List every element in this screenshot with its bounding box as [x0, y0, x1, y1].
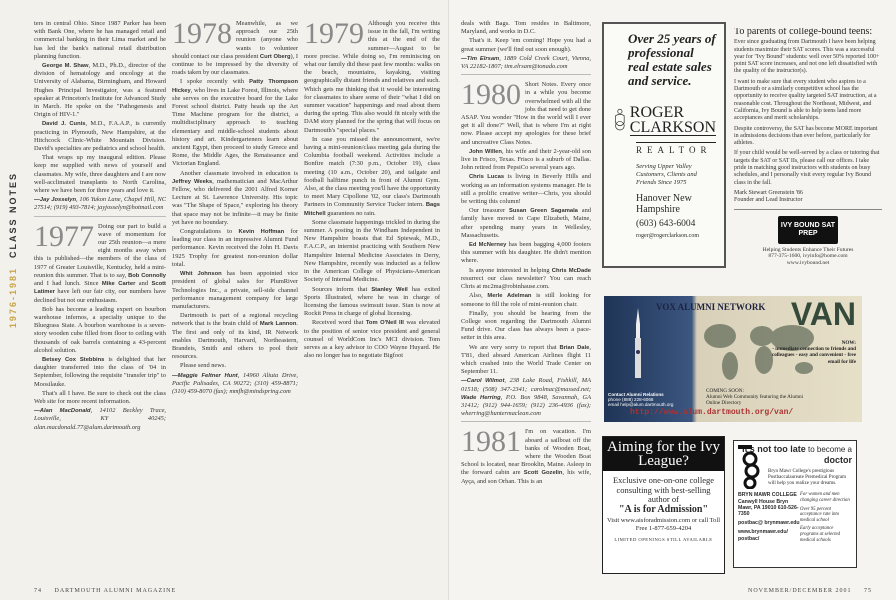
- paragraph: I want to make sure that every student w…: [734, 79, 882, 123]
- now-items: - immediate connection to friends and co…: [766, 346, 856, 365]
- text: We are very sorry to report that: [469, 344, 559, 351]
- ad-contact: 877-375-1600, ivyinfo@home.com: [734, 253, 882, 260]
- bryn-bullets: For women and men changing career direct…: [800, 492, 852, 546]
- paragraph: Whit Johnson has been appointed vice pre…: [172, 270, 298, 311]
- classmate-name: Whit Johnson: [180, 271, 222, 277]
- paragraph: Is anyone interested in helping Chris Mc…: [461, 267, 591, 292]
- classmate-name: Mike Carter: [102, 281, 135, 287]
- classmate-name: Curt Oberg: [260, 54, 291, 60]
- side-tab-years: 1976-1981: [8, 267, 18, 328]
- text: In case you missed the announcement, we'…: [304, 136, 440, 209]
- classmate-name: Brian Dale: [559, 345, 589, 351]
- bryn-address-block: BRYN MAWR COLLEGE Canwyll House Bryn Maw…: [738, 492, 800, 546]
- email: roger@rogerclarkson.com: [636, 233, 716, 239]
- paragraph: Bob has become a leading expert on bourb…: [34, 306, 166, 355]
- text: guarantees no rain.: [326, 210, 376, 217]
- signer-title: Founder and Lead Instructor: [734, 197, 882, 204]
- paragraph: Congratulations to Kevin Hoffman for lea…: [172, 228, 298, 269]
- column-3: 1979Although you receive this issue in t…: [304, 20, 440, 361]
- baker-tower-icon: [630, 308, 646, 378]
- signature: —Jay Josselyn, 106 Yukon Lane, Chapel Hi…: [34, 196, 166, 212]
- paragraph: That's all I have. Be sure to check out …: [34, 390, 166, 406]
- paragraph: deals with Bags. Tom resides in Baltimor…: [461, 20, 591, 36]
- signature: —Alan MacDonald, 14102 Beckley Trace, Lo…: [34, 407, 166, 432]
- signature: —Maggie Feltner Hunt, 14960 Aliuta Drive…: [172, 372, 298, 397]
- publication-name: DARTMOUTH ALUMNI MAGAZINE: [55, 588, 177, 594]
- bullet: For women and men changing career direct…: [800, 492, 852, 503]
- headline-part: to become a: [806, 445, 852, 454]
- caduceus-icon: [738, 445, 766, 489]
- classmate-name: Chris Lucas: [469, 174, 504, 180]
- paragraph: John Willen, his wife and their 2-year-o…: [461, 148, 591, 173]
- class-1979: 1979Although you receive this issue in t…: [304, 20, 440, 360]
- van-logo: VAN: [791, 296, 856, 333]
- left-page: 1976-1981 CLASS NOTES ters in central Oh…: [0, 0, 448, 600]
- classmate-name: Bob Connolly: [128, 273, 166, 279]
- soon-text: Alumni Web Community featuring the Alumn…: [706, 394, 816, 406]
- bryn-address: BRYN MAWR COLLEGE Canwyll House Bryn Maw…: [738, 492, 800, 517]
- paragraph: George M. Shaw, M.D., Ph.D., director of…: [34, 62, 166, 119]
- serving-text: Serving Upper Valley Customers, Clients …: [636, 163, 716, 187]
- secretary-name: —Carol Wilmot: [461, 378, 504, 384]
- paragraph: Received word that Tom O'Neil III was el…: [304, 319, 440, 360]
- headline-part: doctor: [824, 455, 852, 465]
- divider: [461, 421, 591, 422]
- secretary-name: —Maggie Feltner Hunt: [172, 373, 238, 379]
- bullet: Early acceptance programs at selected me…: [800, 526, 852, 543]
- contact-email: email help@alum.dartmouth.org: [608, 402, 673, 407]
- van-contact: Contact Alumni Relationsphone (888) 228-…: [608, 392, 673, 408]
- text: , who lives in Lake Forest, Illinois, wh…: [172, 87, 298, 168]
- section-side-tab: 1976-1981 CLASS NOTES: [6, 40, 20, 460]
- text: Our treasurer: [469, 207, 509, 214]
- classmate-name: Betsey Cox Stebbins: [42, 357, 104, 363]
- signer-name: Mark Stewart Greenstein '86: [734, 190, 882, 197]
- paragraph: David J. Cunis, M.D., F.A.A.P., is curre…: [34, 120, 166, 153]
- paragraph: Dartmouth is part of a regional recyclin…: [172, 312, 298, 361]
- realtor-label: REALTOR: [636, 142, 716, 155]
- text: Another classmate involved in education …: [180, 170, 298, 177]
- bryn-lower: BRYN MAWR COLLEGE Canwyll House Bryn Maw…: [738, 492, 852, 546]
- class-year-heading: 1977: [34, 223, 94, 251]
- signature: —Carol Wilmot, 238 Lake Road, Fishkill, …: [461, 377, 591, 418]
- bullet: Over 95 percent acceptance rate into med…: [800, 507, 852, 524]
- city: Hanover New Hampshire: [636, 193, 716, 215]
- paragraph: Ever since graduating from Dartmouth I h…: [734, 39, 882, 75]
- column-2: 1978Meanwhile, as we approach our 25th r…: [172, 20, 298, 397]
- paragraph: Sources inform that Stanley Weil has exi…: [304, 286, 440, 319]
- clarkson-logo: ROGER CLARKSON: [612, 102, 716, 138]
- phone: (603) 643-6004: [636, 219, 716, 229]
- van-coming-soon: COMING SOON:Alumni Web Community featuri…: [706, 388, 816, 406]
- classmate-name: Scott Gozelin: [524, 470, 563, 476]
- secretary-name: —Tim Elrsam: [461, 56, 499, 62]
- van-now: NOW:- immediate connection to friends an…: [766, 340, 856, 365]
- paragraph: In case you missed the announcement, we'…: [304, 136, 440, 218]
- brand-line-1: ROGER: [630, 105, 716, 120]
- divider: [34, 216, 166, 217]
- book-title: "A is for Admission": [606, 505, 721, 515]
- text: and: [135, 280, 151, 287]
- text: , mathematician and MacArthur Fellow, wh…: [172, 178, 298, 226]
- text: , M.D., Ph.D., director of the division …: [34, 62, 166, 118]
- paragraph: Chris Lucas is living in Beverly Hills a…: [461, 173, 591, 206]
- limited-text: LIMITED OPENINGS STILL AVAILABLE: [606, 535, 721, 545]
- bryn-description: Bryn Mawr College's prestigious Postbacc…: [768, 469, 852, 486]
- ad-website: www.ivybound.net: [734, 260, 882, 267]
- class-1977: 1977Doing our part to build a wave of mo…: [34, 223, 166, 432]
- classmate-name: Merle Adelman: [487, 293, 531, 299]
- page-number: 75: [864, 588, 872, 594]
- issue-date: NOVEMBER/DECEMBER 2001: [748, 588, 852, 594]
- van-title: VOX ALUMNI NETWORK: [656, 302, 765, 312]
- text: Received word that: [312, 319, 366, 326]
- paragraph: Another classmate involved in education …: [172, 170, 298, 227]
- ad-aiming-ivy-league: Aiming for the Ivy League? Exclusive one…: [602, 436, 725, 574]
- paragraph: Finally, you should be hearing from the …: [461, 310, 591, 343]
- paragraph: ters in central Ohio. Since 1987 Parker …: [34, 20, 166, 61]
- brand-line-2: CLARKSON: [630, 120, 716, 136]
- classmate-name: David J. Cunis: [42, 121, 85, 127]
- classmate-name: Ed McNerney: [469, 242, 506, 248]
- paragraph: Despite controversy, the SAT has become …: [734, 126, 882, 148]
- van-url[interactable]: http://www.alum.dartmouth.org/van/: [630, 408, 793, 417]
- ad-tagline: Over 25 years of professional real estat…: [628, 32, 716, 88]
- text: Congratulations to: [180, 228, 239, 235]
- classmate-name: Jeffrey Weeks: [172, 179, 212, 185]
- paragraph: Please send news.: [172, 362, 298, 370]
- text: and I had lunch. Since: [34, 280, 102, 287]
- secretary-name: Wade Herring: [461, 395, 501, 401]
- paragraph: If your child would be well-served by a …: [734, 150, 882, 186]
- classmate-name: Mark Lannon: [260, 321, 296, 327]
- classmate-name: John Willen: [469, 149, 502, 155]
- divider: [461, 74, 591, 75]
- paragraph: I spoke recently with Patty Thompson Hic…: [172, 78, 298, 168]
- secretary-name: —Jay Josselyn: [34, 197, 76, 203]
- paragraph: That wraps up my inaugural edition. Plea…: [34, 154, 166, 195]
- classmate-name: Kevin Hoffman: [239, 229, 285, 235]
- text: Sources inform that: [312, 286, 371, 293]
- bryn-website: www.brynmawr.edu/ postbac/: [738, 529, 800, 541]
- ad-roger-clarkson: Over 25 years of professional real estat…: [602, 22, 726, 268]
- paragraph: Ed McNerney has been bagging 4,000 foote…: [461, 241, 591, 266]
- column-4: deals with Bags. Tom resides in Baltimor…: [461, 20, 591, 487]
- bryn-email: postbac@ brynmawr.edu: [738, 520, 800, 526]
- ivy-bound-logo: IVY BOUND SAT PREP: [778, 216, 838, 244]
- ad-headline: Aiming for the Ivy League?: [603, 437, 724, 471]
- text: I spoke recently with: [180, 78, 249, 85]
- classmate-name: Chris McDade: [552, 268, 591, 274]
- class-1978: 1978Meanwhile, as we approach our 25th r…: [172, 20, 298, 396]
- classmate-name: Susan Green Sagamala: [509, 208, 578, 214]
- classmate-name: Stanley Weil: [371, 287, 407, 293]
- class-1980: 1980Short Notes. Every once in a while y…: [461, 81, 591, 418]
- ad-ivy-bound: To parents of college-bound teens: Ever …: [734, 28, 882, 268]
- class-year-heading: 1979: [304, 20, 364, 48]
- ad-bryn-mawr: It's not too late to become a doctor Bry…: [733, 440, 857, 568]
- secretary-name: —Alan MacDonald: [34, 408, 91, 414]
- page-number: 74: [34, 588, 42, 594]
- classmate-name: George M. Shaw: [42, 63, 89, 69]
- text: Also,: [469, 292, 487, 299]
- side-tab-section: CLASS NOTES: [8, 172, 18, 258]
- ad-heading: To parents of college-bound teens:: [734, 28, 882, 35]
- door-knocker-icon: [612, 102, 628, 138]
- body-text: Exclusive one-on-one college consulting …: [606, 476, 721, 505]
- paragraph: We are very sorry to report that Brian D…: [461, 344, 591, 377]
- class-year-heading: 1980: [461, 81, 521, 109]
- left-folio: 74 DARTMOUTH ALUMNI MAGAZINE: [34, 588, 176, 594]
- ad-body: Exclusive one-on-one college consulting …: [603, 471, 724, 550]
- class-year-heading: 1978: [172, 20, 232, 48]
- column-1: ters in central Ohio. Since 1987 Parker …: [34, 20, 166, 433]
- classmate-name: Tom O'Neil III: [366, 320, 404, 326]
- text: resurrect our class newsletter? You can …: [461, 275, 591, 290]
- class-year-heading: 1981: [461, 428, 521, 456]
- visit-text: Visit www.aisforadmission.com or call To…: [606, 517, 721, 532]
- paragraph: That's it. Keep 'em coming! Hope you had…: [461, 37, 591, 53]
- signature: —Tim Elrsam, 1889 Cold Creek Court, Vien…: [461, 55, 591, 71]
- paragraph: Betsey Cox Stebbins is delighted that he…: [34, 356, 166, 389]
- class-1981: 1981I'm on vacation. I'm aboard a sailbo…: [461, 428, 591, 485]
- paragraph: Also, Merle Adelman is still looking for…: [461, 292, 591, 308]
- ad-vox-alumni-network: VOX ALUMNI NETWORK VAN NOW:- immediate c…: [604, 296, 862, 422]
- paragraph: Some classmate happenings trickled in du…: [304, 219, 440, 285]
- paragraph: Our treasurer Susan Green Sagamala and f…: [461, 207, 591, 240]
- text: Is anyone interested in helping: [469, 267, 552, 274]
- right-folio: NOVEMBER/DECEMBER 2001 75: [748, 588, 872, 594]
